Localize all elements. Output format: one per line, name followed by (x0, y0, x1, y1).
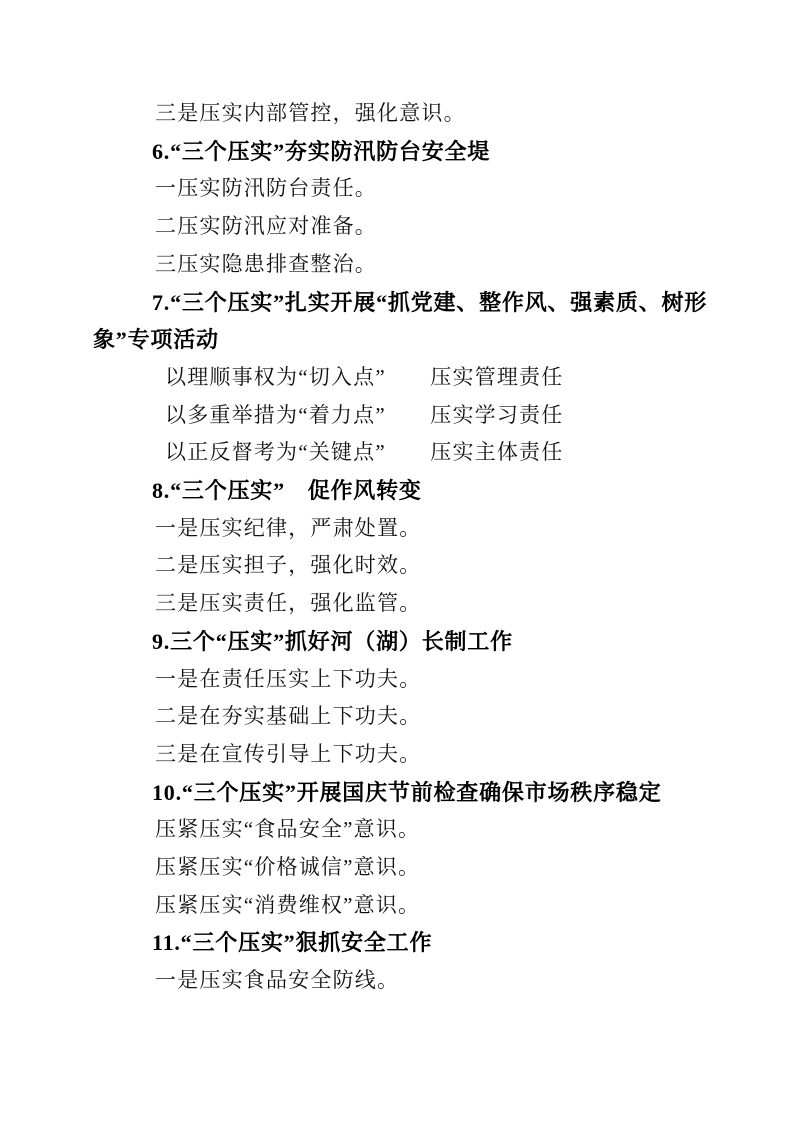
body-paragraph: 一是在责任压实上下功夫。 (93, 661, 713, 699)
couplet-line: 以正反督考为“关键点” 压实主体责任 (93, 434, 713, 472)
body-paragraph: 三是压实内部管控，强化意识。 (93, 95, 713, 133)
section-heading-8: 8.“三个压实” 促作风转变 (93, 472, 713, 510)
section-heading-11: 11.“三个压实”狠抓安全工作 (93, 924, 713, 962)
body-paragraph: 一压实防汛防台责任。 (93, 170, 713, 208)
body-paragraph: 二是压实担子，强化时效。 (93, 547, 713, 585)
section-heading-6: 6.“三个压实”夯实防汛防台安全堤 (93, 133, 713, 171)
section-heading-10: 10.“三个压实”开展国庆节前检查确保市场秩序稳定 (93, 774, 713, 812)
document-page: 三是压实内部管控，强化意识。 6.“三个压实”夯实防汛防台安全堤 一压实防汛防台… (0, 0, 793, 1122)
body-paragraph: 二是在夯实基础上下功夫。 (93, 698, 713, 736)
couplet-line: 以多重举措为“着力点” 压实学习责任 (93, 397, 713, 435)
body-paragraph: 一是压实食品安全防线。 (93, 962, 713, 1000)
document-body: 三是压实内部管控，强化意识。 6.“三个压实”夯实防汛防台安全堤 一压实防汛防台… (93, 95, 713, 1000)
body-paragraph: 压紧压实“价格诚信”意识。 (93, 849, 713, 887)
section-heading-9: 9.三个“压实”抓好河（湖）长制工作 (93, 623, 713, 661)
body-paragraph: 压紧压实“食品安全”意识。 (93, 811, 713, 849)
body-paragraph: 三压实隐患排查整治。 (93, 246, 713, 284)
body-paragraph: 压紧压实“消费维权”意识。 (93, 887, 713, 925)
body-paragraph: 二压实防汛应对准备。 (93, 208, 713, 246)
couplet-line: 以理顺事权为“切入点” 压实管理责任 (93, 359, 713, 397)
body-paragraph: 三是压实责任，强化监管。 (93, 585, 713, 623)
section-heading-7: 7.“三个压实”扎实开展“抓党建、整作风、强素质、树形象”专项活动 (93, 284, 713, 359)
body-paragraph: 三是在宣传引导上下功夫。 (93, 736, 713, 774)
body-paragraph: 一是压实纪律，严肃处置。 (93, 510, 713, 548)
